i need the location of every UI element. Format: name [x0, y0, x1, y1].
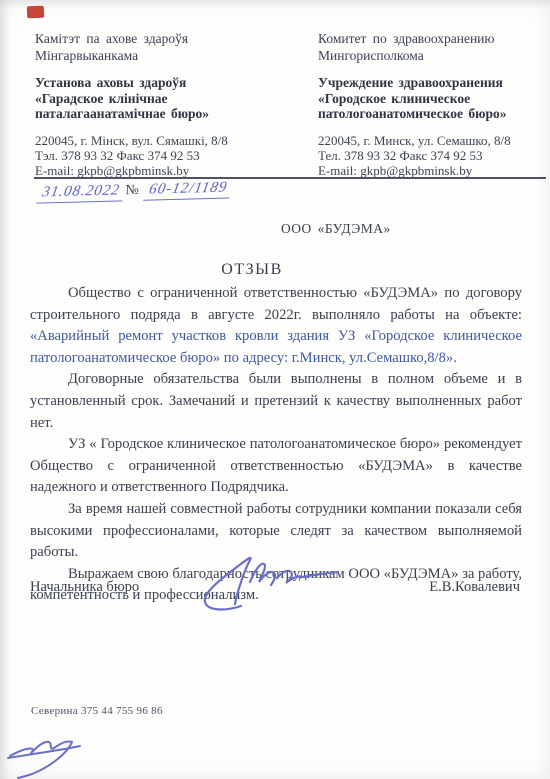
org-email: E-mail: gkpb@gkpbminsk.by	[35, 163, 293, 178]
paragraph-2: Договорные обязательства были выполнены …	[30, 369, 522, 434]
handwritten-date: 31.08.2022	[36, 182, 125, 203]
org-address: 220045, г. Минск, ул. Семашко, 8/8	[318, 133, 540, 148]
committee-name-line: Комитет по здравоохранению	[318, 30, 540, 47]
handwritten-signature	[195, 548, 345, 614]
org-name-line: Учреждение здравоохранения	[318, 75, 540, 91]
handwritten-number: 60-12/1189	[143, 179, 233, 200]
addressee: ООО «БУДЭМА»	[281, 221, 391, 237]
org-phone: Тел. 378 93 32 Факс 374 92 53	[318, 148, 540, 163]
committee-name-line: Мингорисполкома	[318, 47, 540, 64]
committee-name-line: Мінгарвыканкама	[35, 47, 293, 64]
number-sign: №	[125, 183, 139, 199]
executor-contact: Северина 375 44 755 96 86	[31, 705, 163, 717]
committee-name-line: Камітэт па ахове здароўя	[35, 30, 293, 47]
org-name-line: патологоанатомическое бюро»	[318, 106, 540, 122]
org-name-line: Установа аховы здароўя	[35, 75, 293, 91]
paragraph-1-highlighted: «Аварийный ремонт участков кровли здания…	[30, 328, 522, 366]
org-phone: Тэл. 378 93 32 Факс 374 92 53	[35, 148, 293, 163]
org-name-line: «Городское клиническое	[318, 91, 540, 107]
handwritten-scribble	[2, 722, 142, 779]
signer-position: Начальника бюро	[30, 579, 139, 596]
paragraph-1: Общество с ограниченной ответственностью…	[30, 283, 522, 369]
scanned-letter-page: Камітэт па ахове здароўя Мінгарвыканкама…	[0, 0, 550, 779]
red-pen-mark	[27, 6, 44, 19]
paragraph-3: УЗ « Городское клиническое патологоанато…	[30, 434, 522, 499]
org-name-line: паталагаанатамічнае бюро»	[35, 106, 293, 122]
scan-edge-artifact	[0, 0, 10, 779]
letterhead-right-column: Комитет по здравоохранению Мингорисполко…	[318, 30, 540, 178]
org-name-line: «Гарадское клінічнае	[35, 91, 293, 107]
paragraph-1-start: Общество с ограниченной ответственностью…	[30, 285, 522, 323]
signer-name: Е.В.Ковалевич	[429, 579, 520, 596]
letterhead-left-column: Камітэт па ахове здароўя Мінгарвыканкама…	[35, 30, 293, 178]
reference-line: 31.08.2022 № 60-12/1189	[38, 179, 231, 203]
scan-edge-artifact	[0, 0, 550, 8]
org-address: 220045, г. Мінск, вул. Сямашкі, 8/8	[35, 133, 293, 148]
document-title: ОТЗЫВ	[0, 261, 504, 279]
org-email: E-mail: gkpb@gkpbminsk.by	[318, 163, 540, 178]
letterhead-divider-line	[34, 177, 546, 179]
